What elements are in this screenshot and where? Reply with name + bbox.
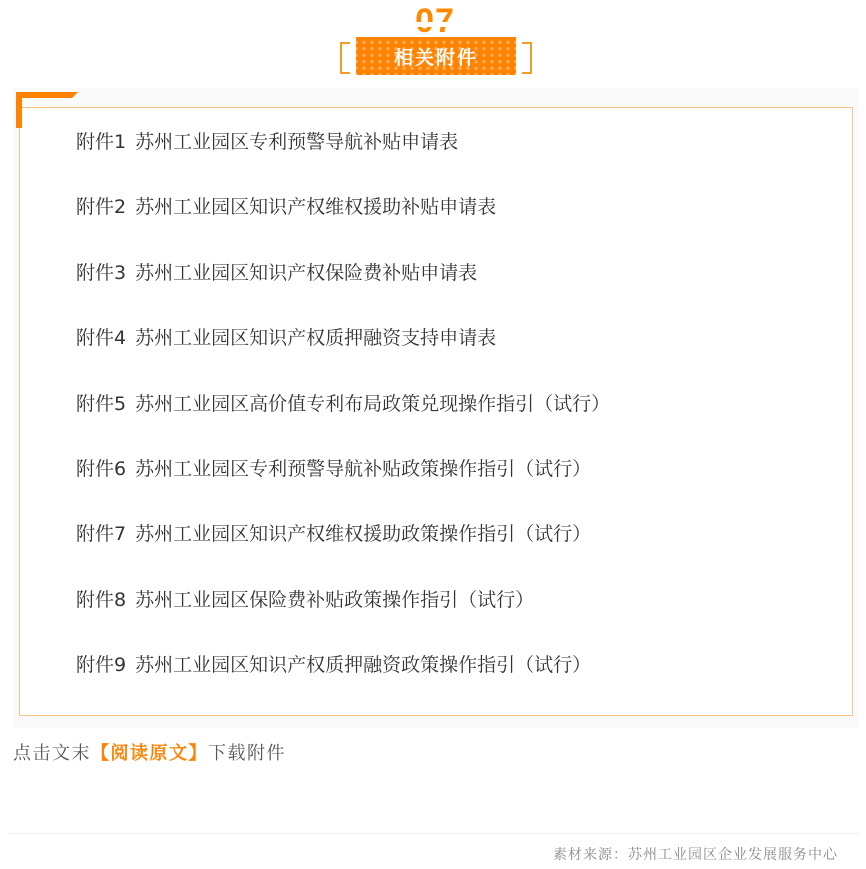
attachment-item-7[interactable]: 附件7苏州工业园区知识产权维权援助政策操作指引（试行）	[76, 518, 610, 583]
attachment-title: 苏州工业园区保险费补贴政策操作指引（试行）	[135, 589, 534, 611]
attachment-label: 附件3	[76, 262, 126, 284]
attachment-title: 苏州工业园区知识产权质押融资政策操作指引（试行）	[135, 654, 591, 676]
attachment-item-8[interactable]: 附件8苏州工业园区保险费补贴政策操作指引（试行）	[76, 584, 610, 649]
section-number-mask	[400, 22, 470, 27]
attachment-title: 苏州工业园区专利预警导航补贴政策操作指引（试行）	[135, 458, 591, 480]
attachment-label: 附件8	[76, 589, 126, 611]
attachment-label: 附件2	[76, 196, 126, 218]
download-note: 点击文末【阅读原文】下载附件	[13, 740, 286, 768]
source-credit: 素材来源：苏州工业园区企业发展服务中心	[553, 845, 838, 865]
attachment-label: 附件1	[76, 131, 126, 153]
section-title: 相关附件	[394, 43, 478, 70]
divider	[8, 833, 860, 834]
attachment-title: 苏州工业园区高价值专利布局政策兑现操作指引（试行）	[135, 393, 610, 415]
section-title-box: 相关附件	[356, 37, 516, 75]
attachment-title: 苏州工业园区知识产权维权援助政策操作指引（试行）	[135, 523, 591, 545]
attachment-item-6[interactable]: 附件6苏州工业园区专利预警导航补贴政策操作指引（试行）	[76, 453, 610, 518]
attachment-title: 苏州工业园区知识产权保险费补贴申请表	[135, 262, 477, 284]
right-bracket-icon	[522, 42, 532, 74]
attachment-label: 附件9	[76, 654, 126, 676]
corner-accent-icon	[16, 92, 78, 128]
attachment-title: 苏州工业园区知识产权质押融资支持申请表	[135, 327, 496, 349]
download-note-prefix: 点击文末	[13, 743, 91, 764]
attachment-item-4[interactable]: 附件4苏州工业园区知识产权质押融资支持申请表	[76, 322, 610, 387]
attachments-list: 附件1苏州工业园区专利预警导航补贴申请表 附件2苏州工业园区知识产权维权援助补贴…	[76, 126, 610, 715]
attachment-item-5[interactable]: 附件5苏州工业园区高价值专利布局政策兑现操作指引（试行）	[76, 388, 610, 453]
attachment-label: 附件4	[76, 327, 126, 349]
read-original-link[interactable]: 【阅读原文】	[91, 743, 208, 764]
attachment-title: 苏州工业园区知识产权维权援助补贴申请表	[135, 196, 496, 218]
attachment-label: 附件6	[76, 458, 126, 480]
attachment-item-3[interactable]: 附件3苏州工业园区知识产权保险费补贴申请表	[76, 257, 610, 322]
left-bracket-icon	[340, 42, 350, 74]
attachment-item-9[interactable]: 附件9苏州工业园区知识产权质押融资政策操作指引（试行）	[76, 649, 610, 714]
attachment-label: 附件5	[76, 393, 126, 415]
section-number: 07	[413, 4, 457, 38]
download-note-suffix: 下载附件	[208, 743, 286, 764]
attachment-item-1[interactable]: 附件1苏州工业园区专利预警导航补贴申请表	[76, 126, 610, 191]
attachment-title: 苏州工业园区专利预警导航补贴申请表	[135, 131, 458, 153]
attachment-item-2[interactable]: 附件2苏州工业园区知识产权维权援助补贴申请表	[76, 191, 610, 256]
attachment-label: 附件7	[76, 523, 126, 545]
